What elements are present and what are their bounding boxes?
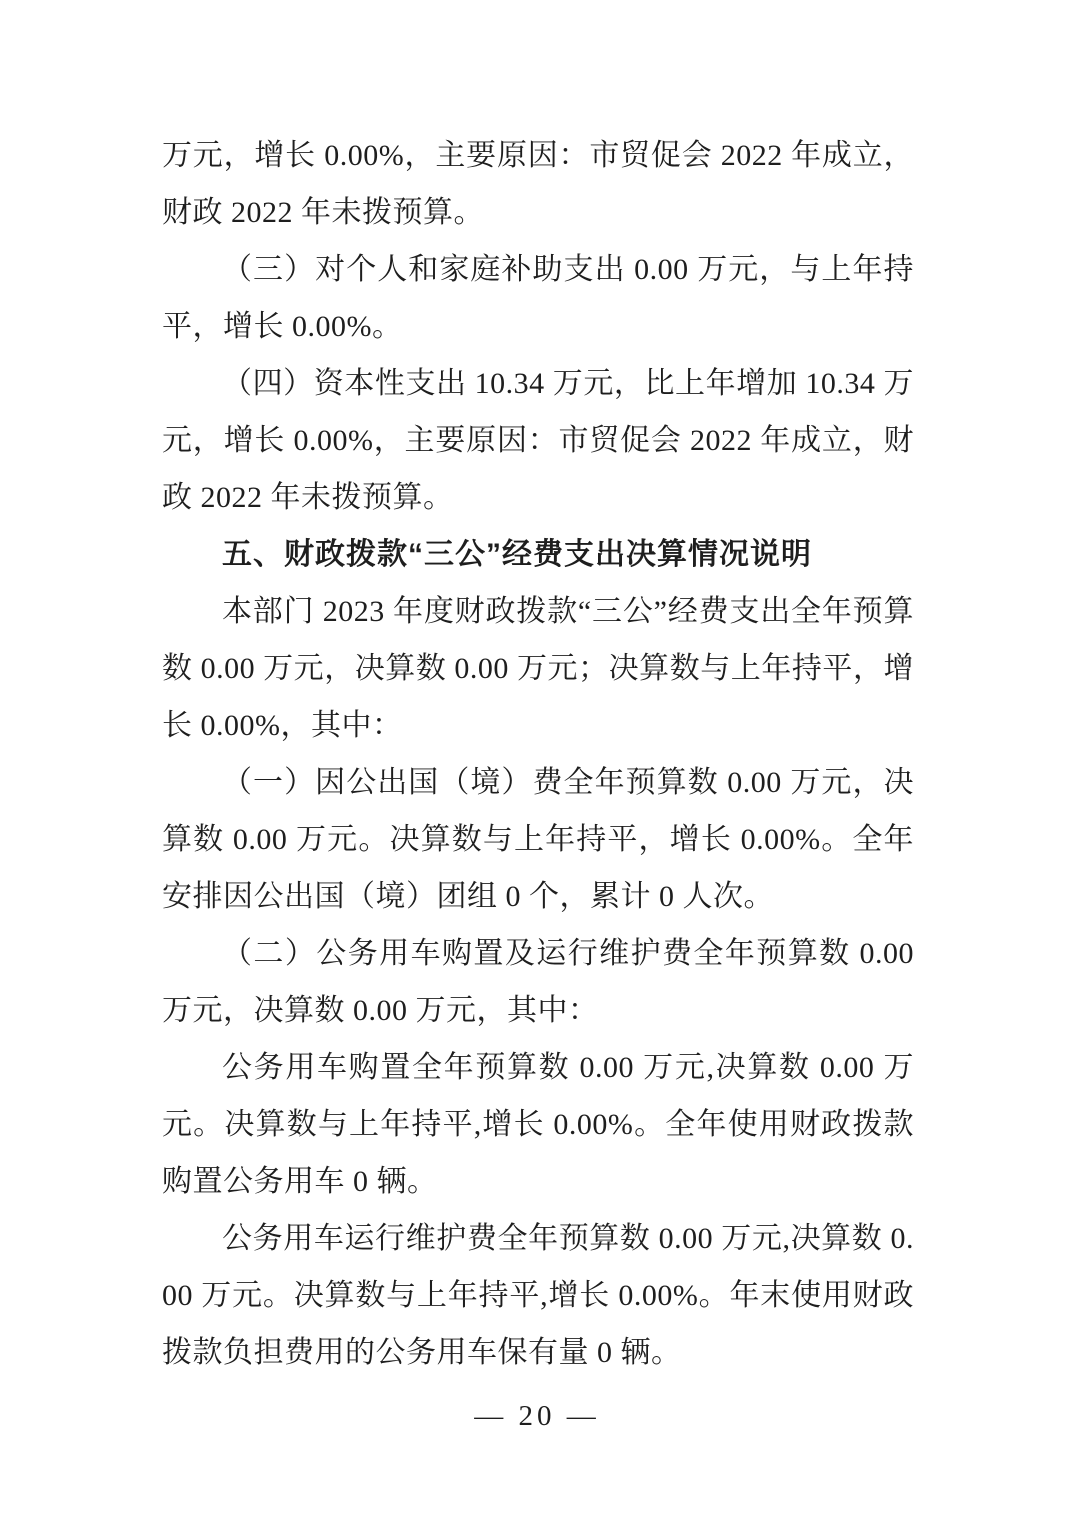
- paragraph-item-2: （二）公务用车购置及运行维护费全年预算数 0.00 万元，决算数 0.00 万元…: [162, 925, 914, 1039]
- document-body: 万元，增长 0.00%，主要原因：市贸促会 2022 年成立，财政 2022 年…: [162, 127, 914, 1381]
- page-number: — 20 —: [0, 1400, 1074, 1433]
- paragraph-item-1: （一）因公出国（境）费全年预算数 0.00 万元，决算数 0.00 万元。决算数…: [162, 754, 914, 925]
- paragraph-item-3: （三）对个人和家庭补助支出 0.00 万元，与上年持平，增长 0.00%。: [162, 241, 914, 355]
- paragraph-overview: 本部门 2023 年度财政拨款“三公”经费支出全年预算数 0.00 万元，决算数…: [162, 583, 914, 754]
- paragraph-item-4: （四）资本性支出 10.34 万元，比上年增加 10.34 万元，增长 0.00…: [162, 355, 914, 526]
- paragraph-continuation: 万元，增长 0.00%，主要原因：市贸促会 2022 年成立，财政 2022 年…: [162, 127, 914, 241]
- paragraph-vehicle-maintenance: 公务用车运行维护费全年预算数 0.00 万元,决算数 0.00 万元。决算数与上…: [162, 1210, 914, 1381]
- paragraph-vehicle-purchase: 公务用车购置全年预算数 0.00 万元,决算数 0.00 万元。决算数与上年持平…: [162, 1039, 914, 1210]
- section-heading-five: 五、财政拨款“三公”经费支出决算情况说明: [162, 526, 914, 583]
- document-page: 万元，增长 0.00%，主要原因：市贸促会 2022 年成立，财政 2022 年…: [0, 0, 1074, 1520]
